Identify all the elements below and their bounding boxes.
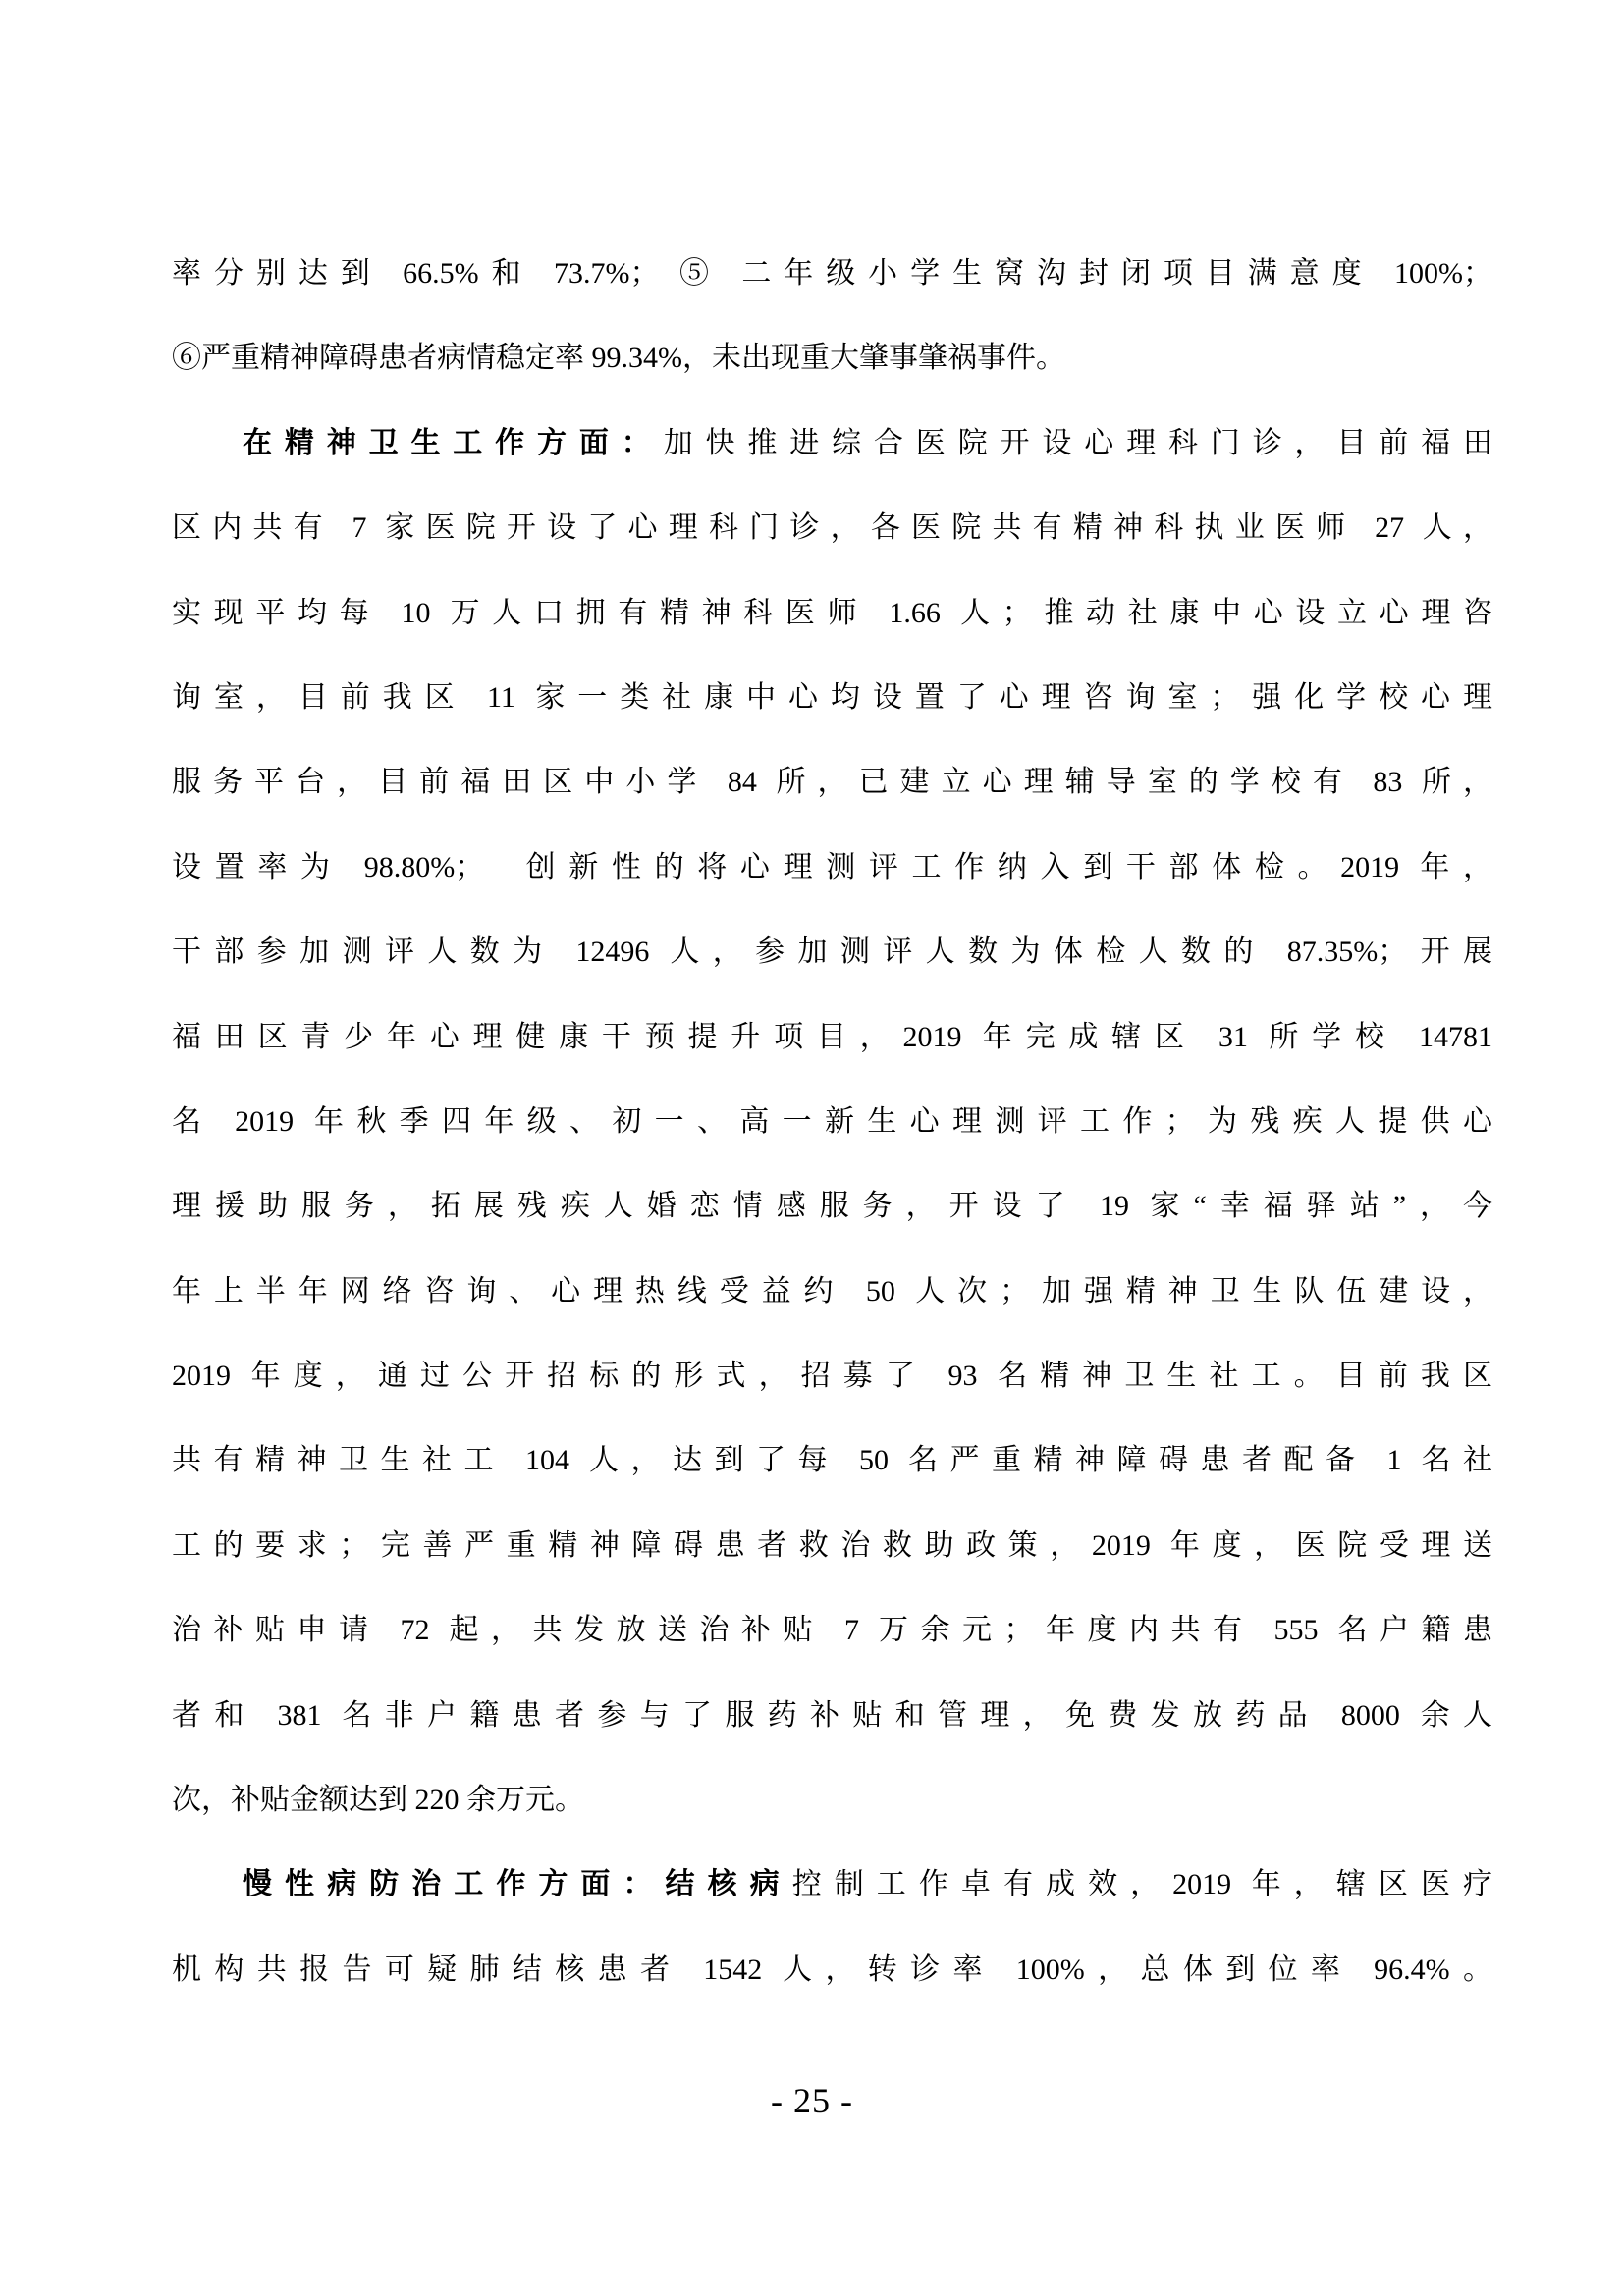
text-line: 服务平台，目前福田区中小学 84 所，已建立心理辅导室的学校有 83 所， — [172, 740, 1492, 825]
text-line: 次，补贴金额达到 220 余万元。 — [172, 1758, 1492, 1842]
text-run: 次，补贴金额达到 220 余万元。 — [172, 1784, 584, 1816]
text-line: 理援助服务，拓展残疾人婚恋情感服务，开设了 19 家“幸福驿站”，今 — [172, 1164, 1492, 1249]
text-line: 干部参加测评人数为 12496 人，参加测评人数为体检人数的 87.35%；开展 — [172, 910, 1492, 994]
text-run: 服务平台，目前福田区中小学 84 所，已建立心理辅导室的学校有 83 所， — [172, 766, 1492, 798]
text-run: 名 2019 年秋季四年级、初一、高一新生心理测评工作；为残疾人提供心 — [172, 1105, 1492, 1138]
text-run: 理援助服务，拓展残疾人婚恋情感服务，开设了 19 家“幸福驿站”，今 — [172, 1190, 1492, 1222]
text-run: 实现平均每 10 万人口拥有精神科医师 1.66 人；推动社康中心设立心理咨 — [172, 597, 1492, 629]
text-line: 治补贴申请 72 起，共发放送治补贴 7 万余元；年度内共有 555 名户籍患 — [172, 1588, 1492, 1673]
text-line: 区内共有 7 家医院开设了心理科门诊，各医院共有精神科执业医师 27 人， — [172, 486, 1492, 570]
text-line: 询室，目前我区 11 家一类社康中心均设置了心理咨询室；强化学校心理 — [172, 656, 1492, 740]
text-run: 控制工作卓有成效，2019 年，辖区医疗 — [792, 1868, 1492, 1900]
text-line: 在精神卫生工作方面：加快推进综合医院开设心理科门诊，目前福田 — [172, 401, 1492, 486]
text-run: 区内共有 7 家医院开设了心理科门诊，各医院共有精神科执业医师 27 人， — [172, 511, 1492, 544]
text-line: 年上半年网络咨询、心理热线受益约 50 人次；加强精神卫生队伍建设， — [172, 1250, 1492, 1334]
document-page: 率分别达到 66.5%和 73.7%； ⑤ 二年级小学生窝沟封闭项目满意度 10… — [0, 0, 1624, 2296]
text-line: 率分别达到 66.5%和 73.7%； ⑤ 二年级小学生窝沟封闭项目满意度 10… — [172, 232, 1492, 316]
text-run: 干部参加测评人数为 12496 人，参加测评人数为体检人数的 87.35%；开展 — [172, 935, 1492, 968]
text-run: 共有精神卫生社工 104 人，达到了每 50 名严重精神障碍患者配备 1 名社 — [172, 1444, 1492, 1476]
text-line: 机构共报告可疑肺结核患者 1542 人，转诊率 100%，总体到位率 96.4%… — [172, 1928, 1492, 2012]
text-line: 2019 年度，通过公开招标的形式，招募了 93 名精神卫生社工。目前我区 — [172, 1334, 1492, 1418]
text-run: ⑥严重精神障碍患者病情稳定率 99.34%，未出现重大肇事肇祸事件。 — [172, 342, 1065, 374]
text-line: 实现平均每 10 万人口拥有精神科医师 1.66 人；推动社康中心设立心理咨 — [172, 571, 1492, 656]
bold-text-run: 在精神卫生工作方面： — [243, 427, 664, 459]
text-line: 共有精神卫生社工 104 人，达到了每 50 名严重精神障碍患者配备 1 名社 — [172, 1418, 1492, 1503]
document-body: 率分别达到 66.5%和 73.7%； ⑤ 二年级小学生窝沟封闭项目满意度 10… — [172, 232, 1492, 2012]
text-run: 询室，目前我区 11 家一类社康中心均设置了心理咨询室；强化学校心理 — [172, 681, 1492, 714]
text-run: 者和 381 名非户籍患者参与了服药补贴和管理，免费发放药品 8000 余人 — [172, 1699, 1492, 1732]
text-line: 福田区青少年心理健康干预提升项目，2019 年完成辖区 31 所学校 14781 — [172, 995, 1492, 1080]
text-run: 机构共报告可疑肺结核患者 1542 人，转诊率 100%，总体到位率 96.4%… — [172, 1953, 1492, 1986]
text-line: 名 2019 年秋季四年级、初一、高一新生心理测评工作；为残疾人提供心 — [172, 1080, 1492, 1164]
text-run: 加快推进综合医院开设心理科门诊，目前福田 — [664, 427, 1492, 459]
text-run: 2019 年度，通过公开招标的形式，招募了 93 名精神卫生社工。目前我区 — [172, 1360, 1492, 1392]
text-line: 工的要求；完善严重精神障碍患者救治救助政策，2019 年度，医院受理送 — [172, 1504, 1492, 1588]
text-line: 设置率为 98.80%； 创新性的将心理测评工作纳入到干部体检。2019 年， — [172, 826, 1492, 910]
text-run: 设置率为 98.80%； 创新性的将心理测评工作纳入到干部体检。2019 年， — [172, 851, 1492, 883]
text-line: 者和 381 名非户籍患者参与了服药补贴和管理，免费发放药品 8000 余人 — [172, 1674, 1492, 1758]
text-run: 治补贴申请 72 起，共发放送治补贴 7 万余元；年度内共有 555 名户籍患 — [172, 1614, 1492, 1646]
text-line: ⑥严重精神障碍患者病情稳定率 99.34%，未出现重大肇事肇祸事件。 — [172, 316, 1492, 400]
page-number: - 25 - — [0, 2079, 1624, 2122]
text-run: 年上半年网络咨询、心理热线受益约 50 人次；加强精神卫生队伍建设， — [172, 1275, 1492, 1308]
text-line: 慢性病防治工作方面：结核病控制工作卓有成效，2019 年，辖区医疗 — [172, 1842, 1492, 1927]
text-run: 福田区青少年心理健康干预提升项目，2019 年完成辖区 31 所学校 14781 — [172, 1021, 1492, 1053]
bold-text-run: 慢性病防治工作方面：结核病 — [243, 1868, 792, 1900]
text-run: 工的要求；完善严重精神障碍患者救治救助政策，2019 年度，医院受理送 — [172, 1529, 1492, 1562]
text-run: 率分别达到 66.5%和 73.7%； ⑤ 二年级小学生窝沟封闭项目满意度 10… — [172, 257, 1492, 290]
